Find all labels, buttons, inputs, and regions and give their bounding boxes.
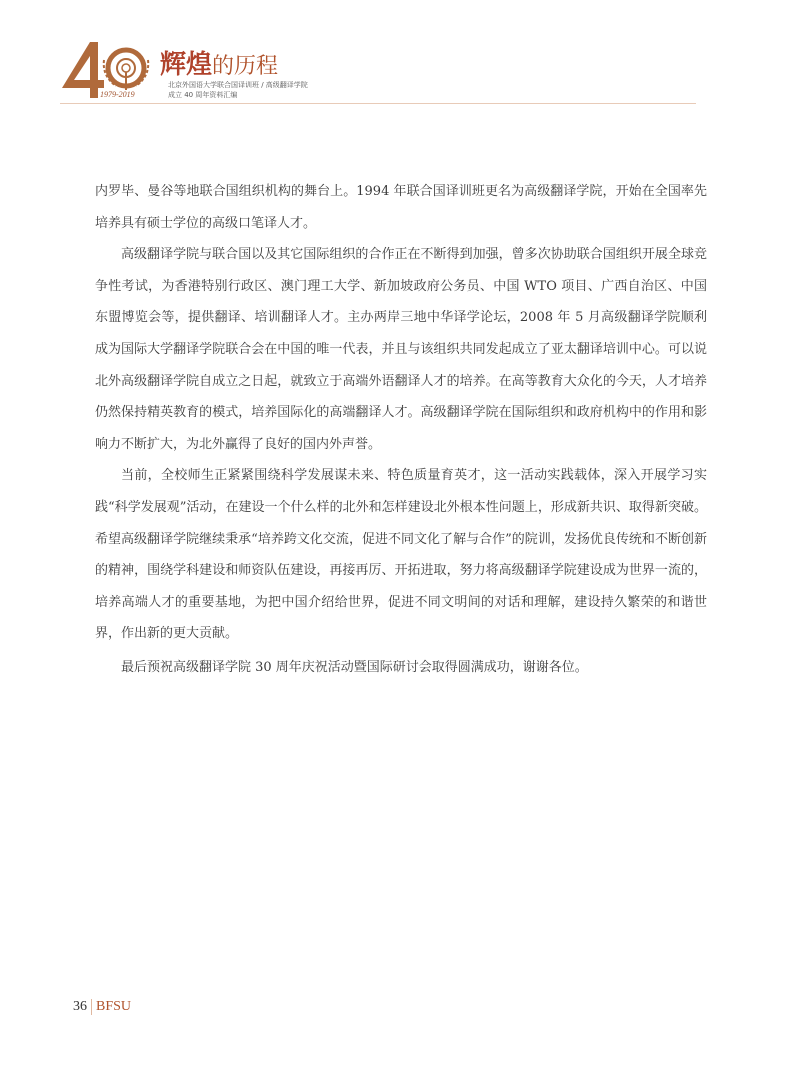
footer-brand: BFSU [96, 999, 131, 1014]
paragraph: 高级翻译学院与联合国以及其它国际组织的合作正在不断得到加强，曾多次协助联合国组织… [95, 239, 707, 460]
paragraph: 最后预祝高级翻译学院 30 周年庆祝活动暨国际研讨会取得圆满成功，谢谢各位。 [95, 652, 707, 684]
footer-divider [91, 999, 92, 1015]
title-bold: 辉煌 [160, 50, 212, 80]
logo-years: 1979-2019 [100, 90, 135, 99]
title-rest: 的历程 [212, 54, 278, 79]
paragraph: 内罗毕、曼谷等地联合国组织机构的舞台上。1994 年联合国译训班更名为高级翻译学… [95, 176, 707, 239]
header-divider [60, 103, 696, 104]
paragraph: 当前，全校师生正紧紧围绕科学发展谋未来、特色质量育英才，这一活动实践载体，深入开… [95, 460, 707, 650]
header-subtitle-line1: 北京外国语大学联合国译训班 / 高级翻译学院 [168, 80, 308, 90]
page-header: 1979-2019 辉煌的历程 北京外国语大学联合国译训班 / 高级翻译学院 成… [60, 40, 740, 106]
body-text: 内罗毕、曼谷等地联合国组织机构的舞台上。1994 年联合国译训班更名为高级翻译学… [95, 176, 707, 684]
header-subtitle-line2: 成立 40 周年资料汇编 [168, 90, 237, 100]
header-title: 辉煌的历程 [160, 44, 278, 81]
page-number: 36 [73, 999, 87, 1014]
page-footer: 36BFSU [73, 999, 131, 1015]
